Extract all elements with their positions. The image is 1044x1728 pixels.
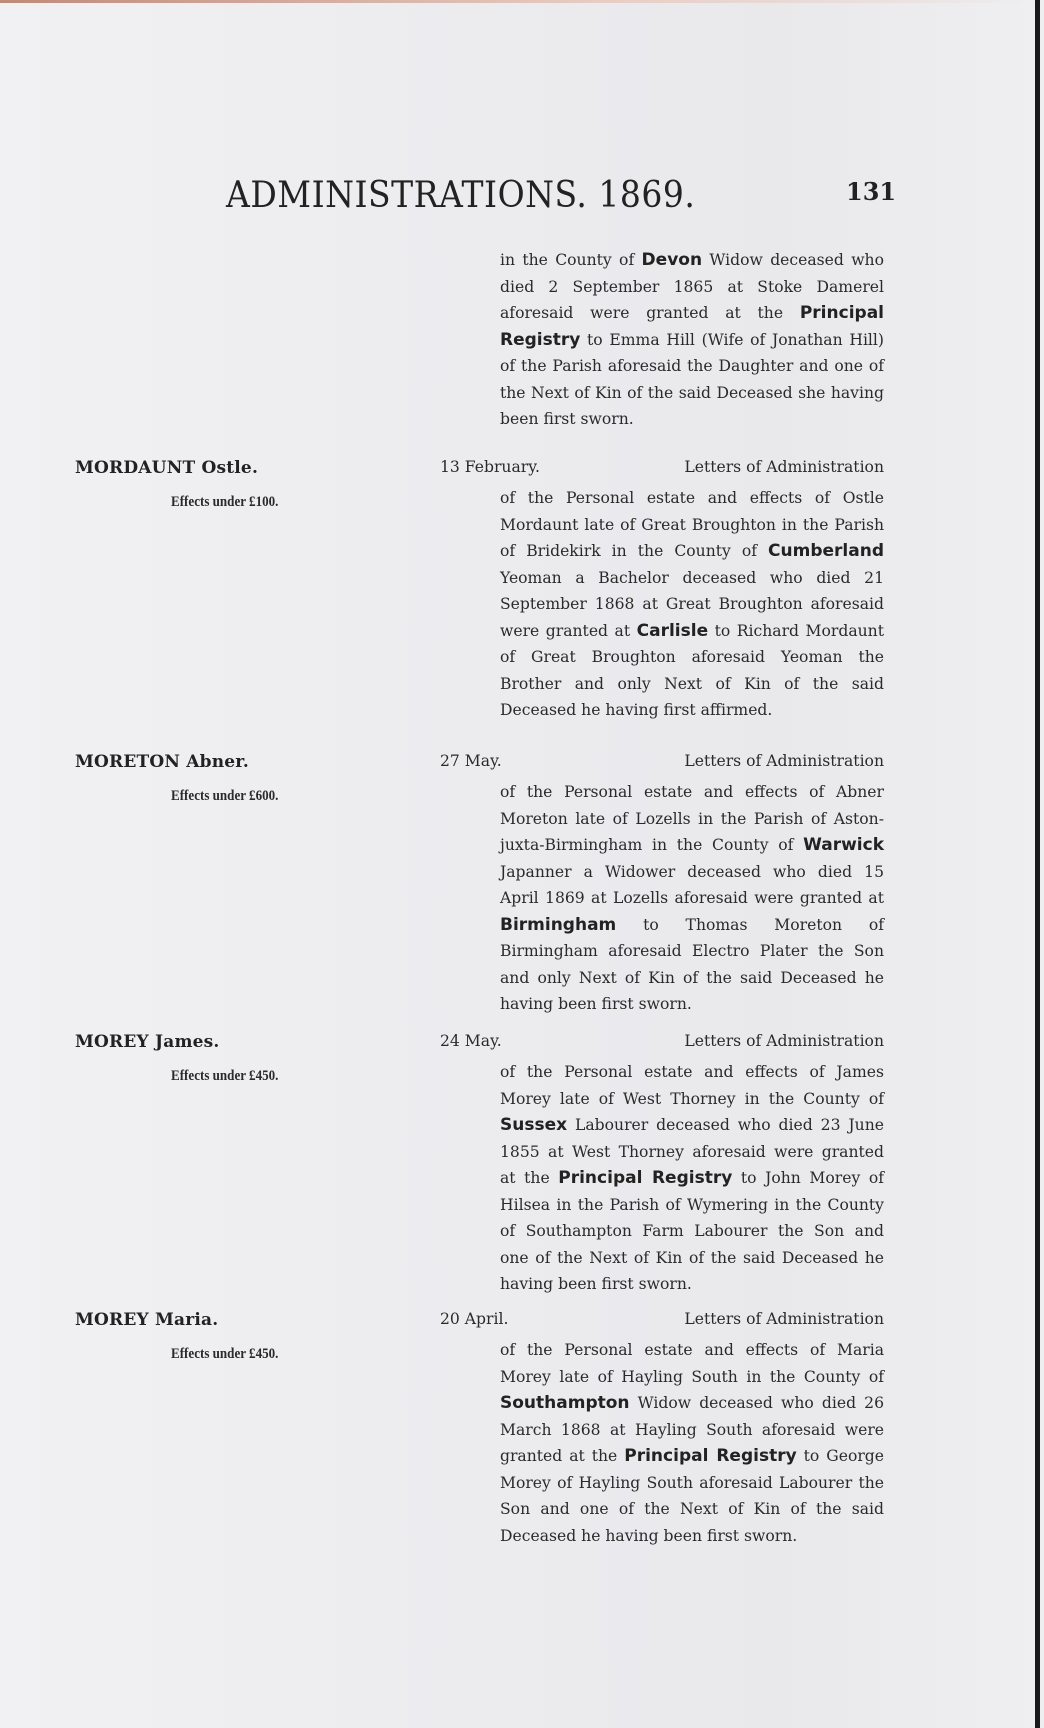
- place-name: Carlisle: [637, 621, 708, 641]
- page-title: ADMINISTRATIONS. 1869.: [226, 173, 695, 216]
- place-name: Birmingham: [500, 915, 616, 935]
- document-page: ADMINISTRATIONS. 1869. 131 in the County…: [0, 0, 1040, 1728]
- place-name: Sussex: [500, 1115, 567, 1135]
- place-name: Cumberland: [768, 541, 884, 561]
- entry-lead: Letters of Administration: [0, 458, 884, 476]
- page-number: 131: [846, 177, 896, 206]
- entry-effects: Effects under £600.: [171, 788, 278, 805]
- continued-entry-text: in the County of Devon Widow deceased wh…: [500, 247, 884, 433]
- place-name: Devon: [642, 250, 703, 270]
- place-name: Principal Registry: [558, 1168, 732, 1188]
- entry-lead: Letters of Administration: [0, 1310, 884, 1328]
- entry-effects: Effects under £450.: [171, 1068, 278, 1085]
- entry-body: of the Personal estate and effects of Ja…: [500, 1059, 884, 1298]
- entry-lead: Letters of Administration: [0, 752, 884, 770]
- page-header: ADMINISTRATIONS. 1869. 131: [0, 173, 1040, 223]
- entry-body: of the Personal estate and effects of Ma…: [500, 1337, 884, 1549]
- place-name: Principal Registry: [500, 303, 884, 350]
- entry-body: of the Personal estate and effects of Os…: [500, 485, 884, 724]
- place-name: Principal Registry: [624, 1446, 796, 1466]
- place-name: Warwick: [803, 835, 884, 855]
- entry-body: of the Personal estate and effects of Ab…: [500, 779, 884, 1018]
- scan-edge: [1035, 0, 1040, 1728]
- entry-lead: Letters of Administration: [0, 1032, 884, 1050]
- entry-effects: Effects under £100.: [171, 494, 278, 511]
- entry-effects: Effects under £450.: [171, 1346, 278, 1363]
- place-name: Southampton: [500, 1393, 630, 1413]
